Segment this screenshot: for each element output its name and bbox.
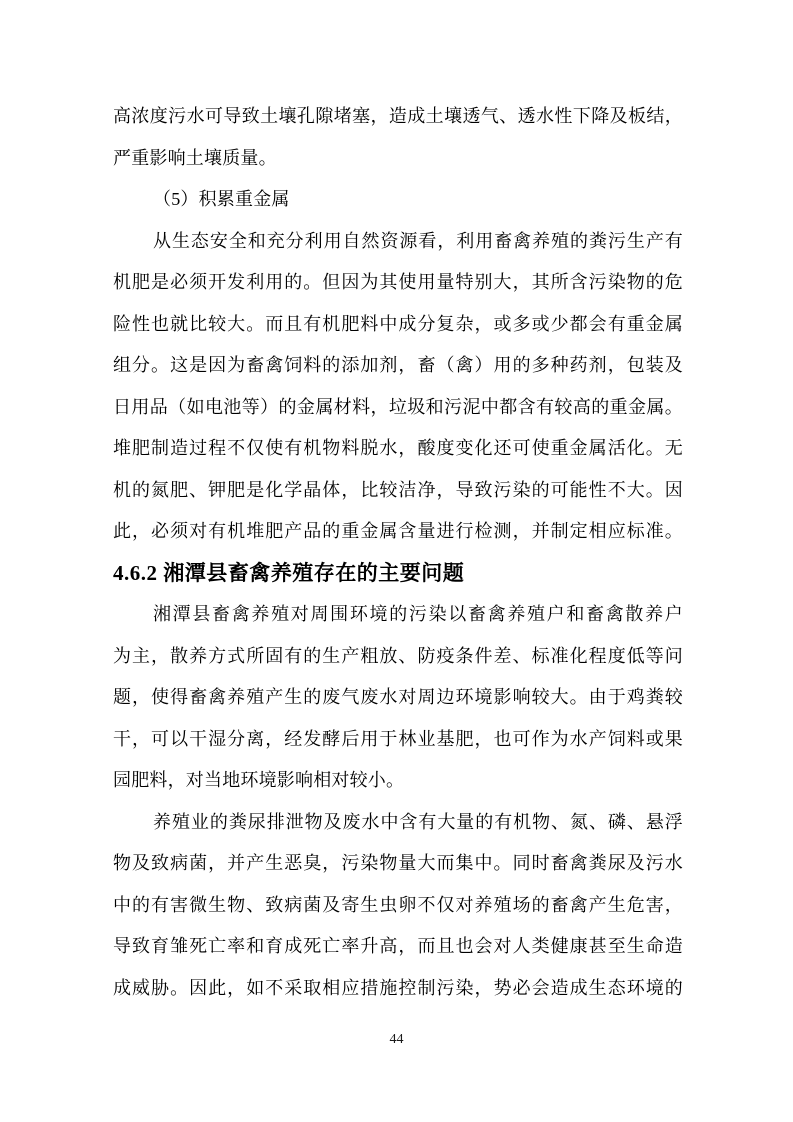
list-item-label: （5）积累重金属 [113, 179, 683, 221]
document-page: 高浓度污水可导致土壤孔隙堵塞，造成土壤透气、透水性下降及板结， 严重影响土壤质量… [0, 0, 793, 1122]
document-body: 高浓度污水可导致土壤孔隙堵塞，造成土壤透气、透水性下降及板结， 严重影响土壤质量… [113, 96, 683, 1009]
text-line: 题，使得畜禽养殖产生的废气废水对周边环境影响较大。由于鸡粪较 [113, 677, 683, 719]
text-line: 日用品（如电池等）的金属材料，垃圾和污泥中都含有较高的重金属。 [113, 387, 683, 429]
text-line: 从生态安全和充分利用自然资源看，利用畜禽养殖的粪污生产有 [113, 221, 683, 263]
text-line: 中的有害微生物、致病菌及寄生虫卵不仅对养殖场的畜禽产生危害， [113, 885, 683, 927]
text-line: 组分。这是因为畜禽饲料的添加剂，畜（禽）用的多种药剂，包装及 [113, 345, 683, 387]
text-line: 干，可以干湿分离，经发酵后用于林业基肥，也可作为水产饲料或果 [113, 719, 683, 761]
text-line: 园肥料，对当地环境影响相对较小。 [113, 760, 683, 802]
text-line: 高浓度污水可导致土壤孔隙堵塞，造成土壤透气、透水性下降及板结， [113, 96, 683, 138]
text-line: 成威胁。因此，如不采取相应措施控制污染，势必会造成生态环境的 [113, 968, 683, 1010]
text-line: 养殖业的粪尿排泄物及废水中含有大量的有机物、氮、磷、悬浮 [113, 802, 683, 844]
section-heading: 4.6.2 湘潭县畜禽养殖存在的主要问题 [113, 553, 683, 595]
text-line: 机肥是必须开发利用的。但因为其使用量特别大，其所含污染物的危 [113, 262, 683, 304]
text-line: 为主，散养方式所固有的生产粗放、防疫条件差、标准化程度低等问 [113, 636, 683, 678]
text-line: 湘潭县畜禽养殖对周围环境的污染以畜禽养殖户和畜禽散养户 [113, 594, 683, 636]
text-line: 物及致病菌，并产生恶臭，污染物量大而集中。同时畜禽粪尿及污水 [113, 843, 683, 885]
text-line: 机的氮肥、钾肥是化学晶体，比较洁净，导致污染的可能性不大。因 [113, 470, 683, 512]
text-line: 严重影响土壤质量。 [113, 138, 683, 180]
text-line: 堆肥制造过程不仅使有机物料脱水，酸度变化还可使重金属活化。无 [113, 428, 683, 470]
text-line: 导致育雏死亡率和育成死亡率升高，而且也会对人类健康甚至生命造 [113, 926, 683, 968]
text-line: 险性也就比较大。而且有机肥料中成分复杂，或多或少都会有重金属 [113, 304, 683, 346]
page-number: 44 [0, 1028, 793, 1052]
text-line: 此，必须对有机堆肥产品的重金属含量进行检测，并制定相应标准。 [113, 511, 683, 553]
